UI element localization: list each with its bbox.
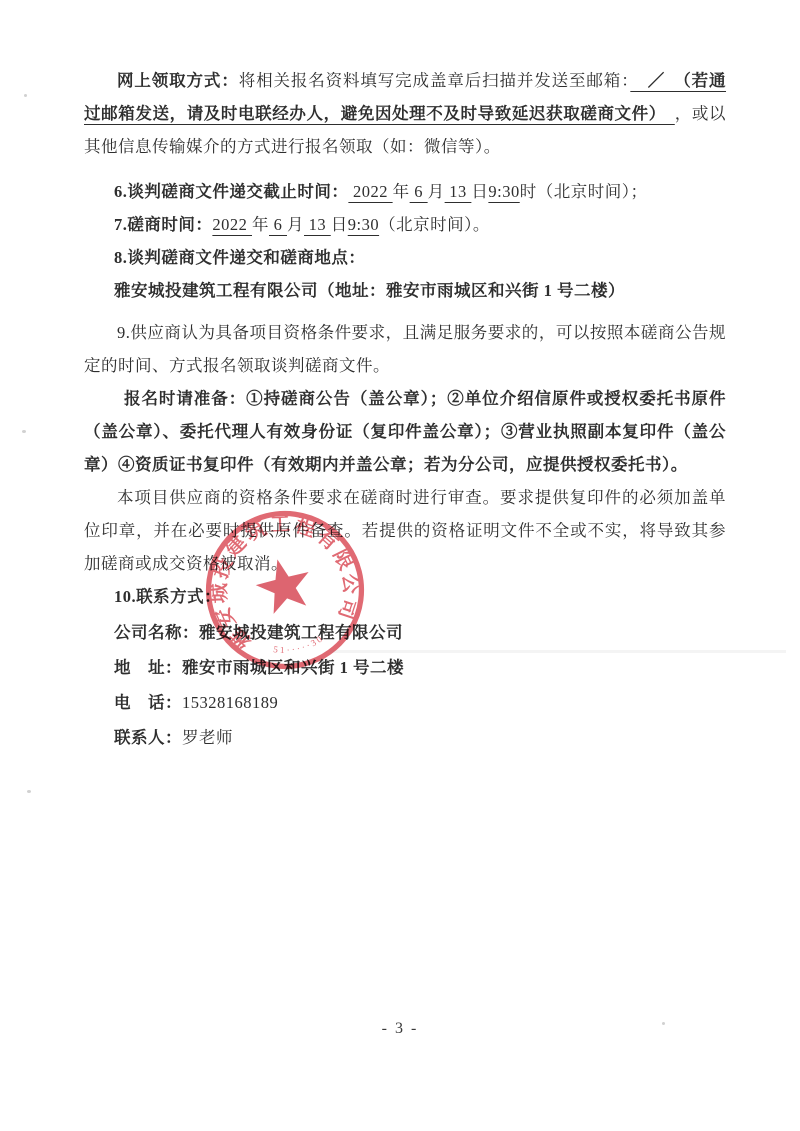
- item-7-negotiation-time: 7.磋商时间：2022 年 6 月 13 日9:30（北京时间）。: [84, 208, 726, 241]
- item-6-day: 13: [445, 182, 472, 201]
- item-6-deadline: 6.谈判磋商文件递交截止时间： 2022 年 6 月 13 日9:30时（北京时…: [84, 175, 726, 208]
- contact-company-value: 雅安城投建筑工程有限公司: [199, 623, 403, 642]
- item-7-sep-month: 月: [287, 215, 304, 234]
- document-page: 网上领取方式：将相关报名资料填写完成盖章后扫描并发送至邮箱： ／ （若通过邮箱发…: [0, 0, 800, 1131]
- page-number: - 3 -: [0, 1020, 800, 1038]
- item-6-sep-day: 日: [471, 182, 488, 201]
- contact-company-label: 公司名称：: [114, 623, 199, 642]
- contact-phone-value: 15328168189: [182, 693, 278, 712]
- item-7-sep-day: 日: [331, 215, 348, 234]
- paragraph-qualification-review: 本项目供应商的资格条件要求在磋商时进行审查。要求提供复印件的必须加盖单位印章，并…: [84, 481, 726, 580]
- contact-address-label: 地 址：: [114, 658, 182, 677]
- item-7-sep-year: 年: [252, 215, 269, 234]
- online-pickup-text1: 将相关报名资料填写完成盖章后扫描并发送至邮箱：: [239, 71, 631, 90]
- item-6-sep-year: 年: [393, 182, 410, 201]
- contact-address-value: 雅安市雨城区和兴街 1 号二楼: [182, 658, 404, 677]
- item-6-time: 9:30: [488, 182, 519, 201]
- scan-band-artifact: [330, 650, 786, 653]
- item-7-tail: （北京时间）。: [379, 215, 490, 234]
- item-6-year: 2022: [348, 182, 392, 201]
- item-6-sep-month: 月: [428, 182, 445, 201]
- contact-person-label: 联系人：: [114, 728, 182, 747]
- scan-speck: [24, 94, 27, 97]
- contact-phone-label: 电 话：: [114, 693, 182, 712]
- scan-speck: [27, 790, 31, 793]
- item-6-month: 6: [410, 182, 428, 201]
- item-7-day: 13: [304, 215, 331, 234]
- contact-block: 公司名称：雅安城投建筑工程有限公司 地 址：雅安市雨城区和兴街 1 号二楼 电 …: [84, 615, 726, 755]
- contact-row-person: 联系人：罗老师: [84, 720, 726, 755]
- contact-row-company: 公司名称：雅安城投建筑工程有限公司: [84, 615, 726, 650]
- item-6-label: 6.谈判磋商文件递交截止时间：: [114, 182, 348, 201]
- scan-speck: [22, 430, 26, 433]
- item-8-location-heading: 8.谈判磋商文件递交和磋商地点：: [84, 241, 726, 274]
- item-7-time: 9:30: [348, 215, 379, 234]
- item-9-supplier-eligibility: 9.供应商认为具备项目资格条件要求，且满足服务要求的，可以按照本磋商公告规定的时…: [84, 316, 726, 382]
- item-6-tail: 时（北京时间）；: [520, 182, 648, 201]
- contact-person-value: 罗老师: [182, 728, 233, 747]
- contact-row-address: 地 址：雅安市雨城区和兴街 1 号二楼: [84, 650, 726, 685]
- item-10-contact-heading: 10.联系方式：: [84, 580, 726, 613]
- item-7-label: 7.磋商时间：: [114, 215, 212, 234]
- item-7-year: 2022: [212, 215, 252, 234]
- paragraph-registration-materials: 报名时请准备：①持磋商公告（盖公章）；②单位介绍信原件或授权委托书原件（盖公章）…: [84, 382, 726, 481]
- item-7-month: 6: [269, 215, 287, 234]
- online-pickup-lead: 网上领取方式：: [117, 71, 239, 90]
- contact-row-phone: 电 话：15328168189: [84, 685, 726, 720]
- item-8-venue: 雅安城投建筑工程有限公司（地址：雅安市雨城区和兴街 1 号二楼）: [84, 274, 726, 307]
- paragraph-online-pickup: 网上领取方式：将相关报名资料填写完成盖章后扫描并发送至邮箱： ／ （若通过邮箱发…: [84, 64, 726, 163]
